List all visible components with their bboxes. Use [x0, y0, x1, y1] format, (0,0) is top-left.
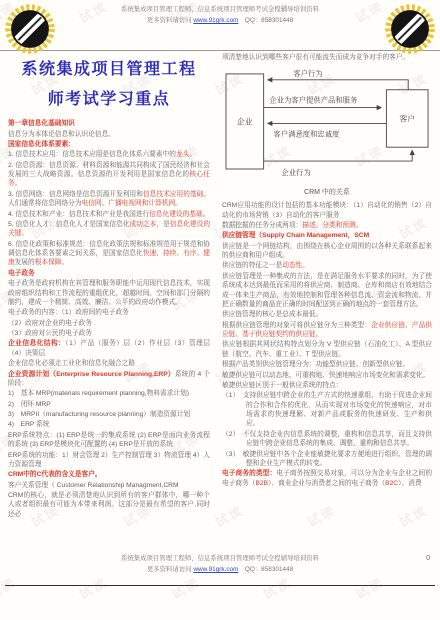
prohibition-stamp-icon — [3, 2, 57, 56]
footer-line1: 系统集成项目管理工程师、信息系统项目管理师考试全程辅导培训资料 — [0, 554, 440, 565]
paragraph: 电子政务 — [8, 269, 210, 278]
paragraph: 国家信息化体系要素： — [8, 140, 210, 149]
diagram-caption: CRM 中的关系 — [222, 187, 432, 197]
header-line2-post: QQ：858301448 — [238, 17, 293, 24]
right-column: 须清楚地认识到哪些客户很有可能流失而成为竞争对手的客户。 企业 客户 客户行为 … — [222, 52, 432, 553]
arrow-enterprise-behavior — [264, 151, 413, 162]
paragraph: 供应链管理（Supply Chain Management，SCM — [222, 231, 432, 240]
title-line1: 系统集成项目管理工程 — [8, 55, 210, 85]
paragraph: 1) 基本 MRP(materials requirement planning… — [8, 389, 210, 398]
paragraph: 客户关系管理（ Customer Relationship Managment,… — [8, 481, 210, 490]
left-paragraphs: 第一章信息化基础知识信息分为本体论信息和认识论信息。国家信息化体系要素：1. 信… — [8, 119, 210, 519]
paragraph: 4. 信息技术和产业：信息技术和产业是我国进行信息化建设的基础。 — [8, 210, 210, 219]
header-divider — [0, 50, 440, 51]
label-satisfaction: 客户满意度和忠诚度 — [274, 130, 341, 139]
header-line1: 系统集成项目管理工程师、信息系统项目管理师考试全程辅导培训资料 — [0, 5, 440, 16]
left-column: 系统集成项目管理工程 师考试学习重点 第一章信息化基础知识信息分为本体论信息和认… — [8, 52, 210, 553]
paragraph: 3) MRPII（manufacturing resource planning… — [8, 410, 210, 419]
page-number: 0 — [426, 555, 430, 562]
label-provide-products: 企业为客户提供产品和服务 — [270, 96, 358, 105]
paragraph: 信息分为本体论信息和认识论信息。 — [8, 130, 210, 139]
customer-label: 客户 — [399, 114, 415, 124]
paragraph: 第一章信息化基础知识 — [8, 119, 210, 128]
document-body: 系统集成项目管理工程 师考试学习重点 第一章信息化基础知识信息分为本体论信息和认… — [8, 52, 432, 553]
paragraph: 供应链管理的核心是总成本最低。 — [222, 310, 432, 319]
watermark-text: 试读 — [259, 572, 294, 603]
paragraph: 根据供应链管理的对象可将供应链分为三种类型：企业供应链、产品供应链、基于供应链契… — [222, 321, 432, 340]
watermark-text: 试读 — [167, 572, 202, 603]
title-line2: 师考试学习重点 — [8, 85, 210, 115]
paragraph: 供应链是一个网链结构，由围绕在核心企业周围的以各种关系联系起来的供应商和用户组成… — [222, 242, 432, 261]
paragraph: 5. 信息化人才：信息化人才是国家信息化成功之本，是信息化建设的关键。 — [8, 220, 210, 239]
paragraph: （2） 不仅支持企业内信息系统的调整，重构和信息共享，而且支持供应链中跨企业信息… — [222, 430, 432, 449]
paragraph: 2. 信息资源：信息资源、材料资源和能源共同构成了国民经济和社会发展的三大战略资… — [8, 161, 210, 189]
website-link[interactable]: www.91grk.com — [193, 17, 238, 24]
paragraph: 供应链管理是一种集成的方法，是在满足服务水平要求的同时，为了使系统成本达到最低而… — [222, 272, 432, 310]
label-enterprise-behavior: 企业行为 — [281, 168, 310, 177]
paragraph: 敏捷供应链区别于一般供应系统的特点： — [222, 381, 432, 390]
paragraph: ERP系统的功能：1）财会管理 2）生产控制管理 3）物流管理 4）人力资源管理 — [8, 451, 210, 470]
watermark-text: 试读 — [351, 572, 386, 603]
paragraph: 敏捷供应链可以动态地、可重构地、快速地响应市场变化和需求变化。 — [222, 371, 432, 380]
paragraph: CRM中的C代表的含义是客户。 — [8, 470, 210, 479]
paragraph: CRM的核心，就是必须清楚地认识到所有的客户群体中，哪一种个人或者组织最有可能为… — [8, 491, 210, 519]
paragraph: 电子政务的内容：（1）政府间的电子政务 — [8, 308, 210, 317]
label-customer-behavior: 客户行为 — [293, 69, 322, 78]
paragraph: 企业资源计划（Enterprise Resource Planning,ERP）… — [8, 370, 210, 389]
prohibition-stamp-icon — [383, 2, 437, 56]
paragraph: CRM应用功能的设计包括的基本功能模块：（1）自动化的销售（2）自动化的市场营销… — [222, 201, 432, 220]
right-paragraphs: CRM应用功能的设计包括的基本功能模块：（1）自动化的销售（2）自动化的市场营销… — [222, 201, 432, 488]
watermark-text: 试读 — [0, 572, 19, 603]
paragraph: （3） 敏捷供应链中各个企业能敏捷化要求方便地进行组织、管理的调整和企业生产模式… — [222, 450, 432, 469]
paragraph: 电子政务是政府机构在其管理和服务职能中运用现代信息技术，实现政府组织结构和工作流… — [8, 279, 210, 307]
header-line2-pre: 更多资料请访问 — [147, 17, 194, 24]
paragraph: 企业信息化结构：（1）产品（服务）层（2）作业层（3）管理层（4）决策层 — [8, 339, 210, 358]
paragraph: 4) ERP 系统 — [8, 420, 210, 429]
paragraph: 数据挖掘的任务分成两项：描述、分类和预测。 — [222, 221, 432, 230]
footer-line2: 更多资料请访问 www.91grk.com QQ：858301448 — [0, 565, 440, 576]
arrow-customer-behavior — [268, 80, 409, 90]
paragraph: （3）政府对公民的电子政务 — [8, 329, 210, 338]
page-header: 系统集成项目管理工程师、信息系统项目管理师考试全程辅导培训资料 更多资料请访问 … — [0, 5, 440, 27]
watermark-text: 试读 — [75, 572, 110, 603]
paragraph: 供应链的特征之一是动态性。 — [222, 261, 432, 270]
paragraph: （2）政府对企业的电子政务 — [8, 319, 210, 328]
crm-relationship-diagram: 企业 客户 客户行为 企业为客户提供产品和服务 客户满意度和忠诚度 企业行为 — [222, 64, 432, 185]
paragraph: （1） 支持供应链中跨企业的生产方式的快速重组，有助于促进企业间的合作和合作的优… — [222, 391, 432, 429]
paragraph: 2) 闭环 MRP — [8, 400, 210, 409]
page-footer: 系统集成项目管理工程师、信息系统项目管理师考试全程辅导培训资料 更多资料请访问 … — [0, 554, 440, 576]
paragraph: 电子商务的类型：电子商务按照交易对象，可以分为企业与企业之间的电子商务（B2B）… — [222, 469, 432, 488]
page-title: 系统集成项目管理工程 师考试学习重点 — [8, 55, 210, 114]
header-line2: 更多资料请访问 www.91grk.com QQ：858301448 — [0, 16, 440, 27]
paragraph: 1. 信息技术应用：信息技术应用是信息化体系六要素中的龙头。 — [8, 150, 210, 159]
paragraph: 根据产品类别供应链管理分为：功能型供应链、创新型供应链。 — [222, 360, 432, 369]
paragraph: 6. 信息化政策和标准规范：信息化政策法规和标准规范用于规范和协调信息化体系各要… — [8, 240, 210, 268]
paragraph: 3. 信息网络：信息网络是信息资源开发利用和信息技术应用的基础。人们通常将信息网… — [8, 190, 210, 209]
footer-line2-post: QQ：858301448 — [238, 566, 293, 573]
website-link[interactable]: www.91grk.com — [193, 566, 238, 573]
footer-divider — [5, 585, 435, 586]
paragraph: 供应链根据其网状结构特点划分为 V 型供应链（石油化工）、A 型供应链（航空、汽… — [222, 340, 432, 359]
paragraph: ERP系统特点：(1) ERP是统一的集成系统 (2) ERP是面向业务流程的系… — [8, 431, 210, 450]
enterprise-label: 企业 — [237, 117, 253, 127]
footer-line2-pre: 更多资料请访问 — [147, 566, 194, 573]
paragraph: 企业信息化必须走工业化和信息化融合之路 — [8, 359, 210, 368]
